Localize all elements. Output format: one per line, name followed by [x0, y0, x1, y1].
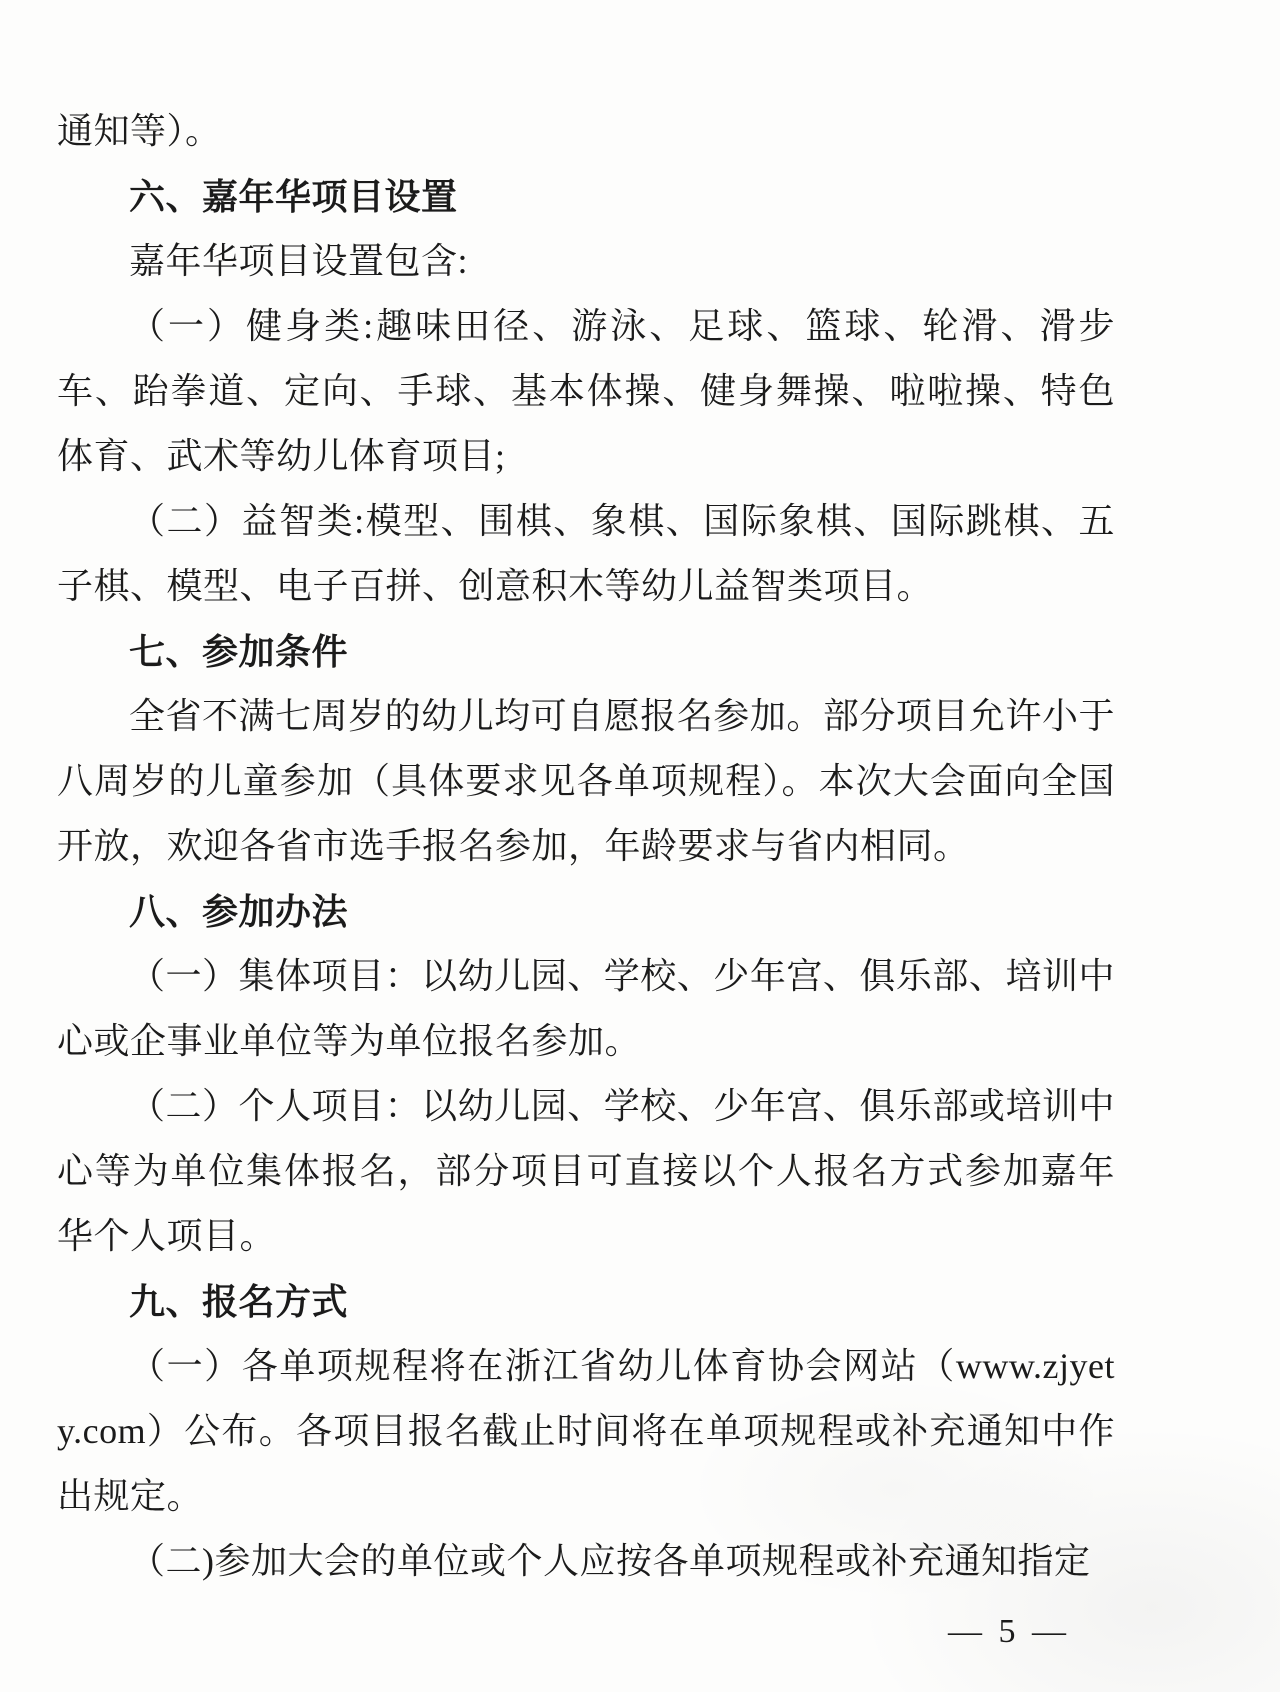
paragraph: （一）集体项目：以幼儿园、学校、少年宫、俱乐部、培训中心或企事业单位等为单位报名… [57, 944, 1115, 1074]
paragraph: （二）个人项目：以幼儿园、学校、少年宫、俱乐部或培训中心等为单位集体报名，部分项… [57, 1074, 1115, 1269]
paragraph-continuation: 通知等）。 [57, 99, 1115, 164]
paragraph: （一）各单项规程将在浙江省幼儿体育协会网站（www.zjyety.com）公布。… [57, 1334, 1115, 1529]
section-heading-6: 六、嘉年华项目设置 [57, 164, 1115, 229]
document-page: 通知等）。 六、嘉年华项目设置 嘉年华项目设置包含: （一）健身类:趣味田径、游… [0, 0, 1280, 1692]
paragraph: 嘉年华项目设置包含: [57, 229, 1115, 294]
section-heading-7: 七、参加条件 [57, 619, 1115, 684]
paragraph: （一）健身类:趣味田径、游泳、足球、篮球、轮滑、滑步车、跆拳道、定向、手球、基本… [57, 294, 1115, 489]
section-heading-8: 八、参加办法 [57, 879, 1115, 944]
section-heading-9: 九、报名方式 [57, 1269, 1115, 1334]
page-number: — 5 — [948, 1610, 1070, 1654]
paragraph: （二）益智类:模型、围棋、象棋、国际象棋、国际跳棋、五子棋、模型、电子百拼、创意… [57, 489, 1115, 619]
paragraph: （二)参加大会的单位或个人应按各单项规程或补充通知指定 [57, 1529, 1115, 1594]
paragraph: 全省不满七周岁的幼儿均可自愿报名参加。部分项目允许小于八周岁的儿童参加（具体要求… [57, 684, 1115, 879]
document-body: 通知等）。 六、嘉年华项目设置 嘉年华项目设置包含: （一）健身类:趣味田径、游… [57, 99, 1115, 1594]
